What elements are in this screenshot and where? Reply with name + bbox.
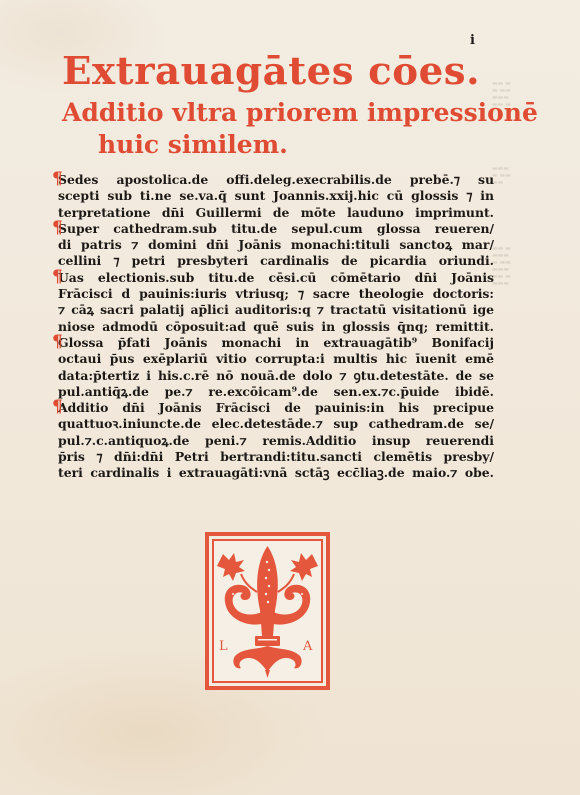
text-line: Frācisci d pauinis:iuris vtriusq; ⁊ sacr… [58,286,494,302]
pilcrow-icon: ¶ [52,220,63,237]
text-line: Super cathedram.sub titu.de sepul.cum gl… [58,221,494,237]
text-line: octaui p̄us exēplariū vitio corrupta:i m… [58,351,494,367]
text-line: di patris ⁊ domini dn̄i Joānis monachi:t… [58,237,494,253]
text-line: pul.antiq̄ꝝ.de pe.⁊ re.excōicam⁹.de sen.… [58,384,494,400]
pilcrow-icon: ¶ [52,269,63,286]
fleur-de-lis-icon: L A [205,532,330,690]
title-extravagantes-communes: Extrauagātes cōes. [62,50,480,92]
signature-mark: i [470,33,475,48]
show-through-margin-note: ▬▬ ▬▬▬▬▬ ▬▬▬▬▬▬▬ ▬▬▬▬ [492,245,532,287]
text-line: teri cardinalis i extrauagāti:vnā sctāꝫ … [58,465,494,481]
contents-entry-additio: ¶ Additio dn̄i Joānis Frācisci de pauini… [58,400,494,481]
device-initial-left: L [219,639,228,654]
contents-entry-vas-electionis: ¶ Uas electionis.sub titu.de cēsi.cū cōm… [58,270,494,335]
printers-device: L A [205,532,330,690]
text-line: quattuoꝛ.iniuncte.de elec.detestāde.⁊ su… [58,416,494,432]
contents-entry-super-cathedram: ¶ Super cathedram.sub titu.de sepul.cum … [58,221,494,270]
text-line: data:p̄tertiz i his.c.rē nō nouā.de dolo… [58,368,494,384]
text-line: Uas electionis.sub titu.de cēsi.cū cōmēt… [58,270,494,286]
text-line: niose admodū cōposuit:ad quē suis in glo… [58,319,494,335]
contents-entry-sedes-apostolica: ¶ Sedes apostolica.de offi.deleg.execrab… [58,172,494,221]
subtitle-line-2: huic similem. [98,130,288,160]
text-line: terpretatione dn̄i Guillermi de mōte lau… [58,205,494,221]
text-line: pul.⁊.c.antiquoꝝ.de peni.⁊ remis.Additio… [58,433,494,449]
contents-list: ¶ Sedes apostolica.de offi.deleg.execrab… [58,172,494,482]
text-line: Sedes apostolica.de offi.deleg.execrabil… [58,172,494,188]
pilcrow-icon: ¶ [52,171,63,188]
text-line: ⁊ cāꝝ sacri palatij ap̄lici auditoris:q … [58,302,494,318]
text-line: Additio dn̄i Joānis Frācisci de pauinis:… [58,400,494,416]
text-line: scepti sub ti.ne se.va.q̄ sunt Joannis.x… [58,188,494,204]
contents-entry-glossa: ¶ Glossa p̄fati Joānis monachi in extrau… [58,335,494,400]
device-initial-right: A [302,639,313,654]
book-page: i ▬▬ ▬▬ ▬▬▬▬▬▬▬ ▬ ▬▬▬▬ ▬▬▬▬ ▬▬ ▬▬▬▬▬ ▬▬▬… [0,0,580,795]
text-line: cellini ⁊ petri presbyteri cardinalis de… [58,253,494,269]
show-through-margin-note: ▬▬▬▬ ▬▬▬▬ [492,165,532,186]
text-line: p̄ris ⁊ dn̄i:dn̄i Petri bertrandi:titu.s… [58,449,494,465]
pilcrow-icon: ¶ [52,334,63,351]
pilcrow-icon: ¶ [52,399,63,416]
subtitle-line-1: Additio vltra priorem impressionē [62,98,538,128]
text-line: Glossa p̄fati Joānis monachi in extrauag… [58,335,494,351]
